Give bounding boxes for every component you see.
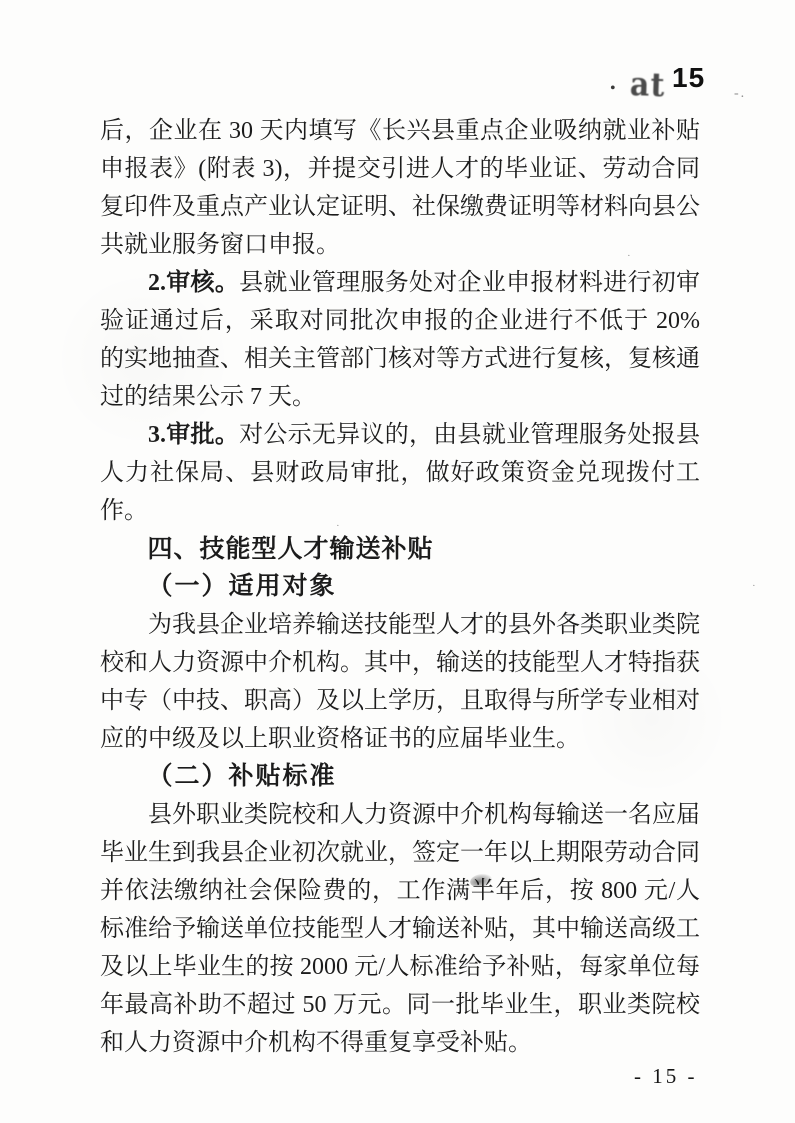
document-body: 后，企业在 30 天内填写《长兴县重点企业吸纳就业补贴申报表》(附表 3)，并提… (100, 112, 700, 1062)
section-heading: 四、技能型人才输送补贴 (100, 530, 700, 568)
stamp-dot: • (610, 80, 616, 98)
page-number: - 15 - (634, 1064, 698, 1089)
page-corner-stamp: • at 15 -. (592, 62, 782, 114)
stamp-mark: at (629, 66, 666, 105)
stamp-number: 15 (672, 62, 705, 94)
sub-heading: （二）补贴标准 (100, 758, 700, 796)
stamp-trailing-marks: -. (734, 86, 746, 102)
paragraph: 后，企业在 30 天内填写《长兴县重点企业吸纳就业补贴申报表》(附表 3)，并提… (100, 112, 700, 264)
scan-speck: · (752, 580, 756, 592)
paragraph-lead: 2.审核。 (148, 270, 239, 296)
paragraph: 县外职业类院校和人力资源中介机构每输送一名应届毕业生到我县企业初次就业，签定一年… (100, 796, 700, 1062)
paragraph: 3.审批。对公示无异议的，由县就业管理服务处报县人力社保局、县财政局审批，做好政… (100, 416, 700, 530)
paragraph: 2.审核。县就业管理服务处对企业申报材料进行初审验证通过后，采取对同批次申报的企… (100, 264, 700, 416)
document-page: • at 15 -. 后，企业在 30 天内填写《长兴县重点企业吸纳就业补贴申报… (0, 0, 795, 1123)
paragraph: 为我县企业培养输送技能型人才的县外各类职业类院校和人力资源中介机构。其中，输送的… (100, 606, 700, 758)
paragraph-lead: 3.审批。 (148, 422, 239, 448)
sub-heading: （一）适用对象 (100, 568, 700, 606)
